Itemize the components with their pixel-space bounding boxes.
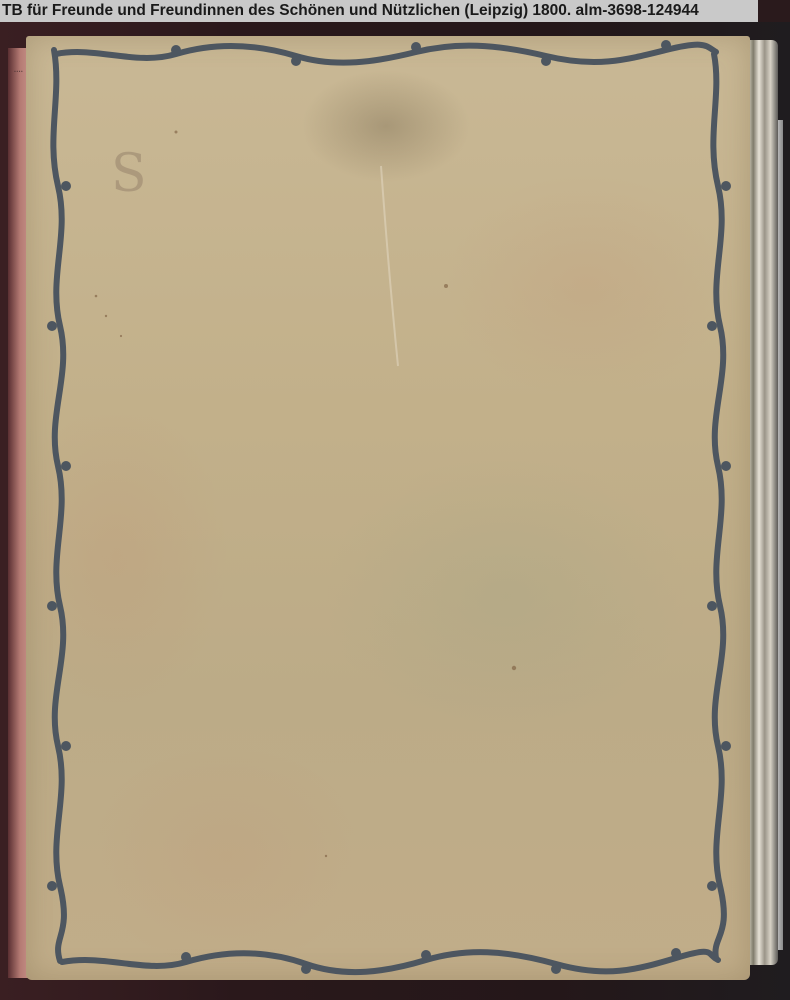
ornamental-vine-border — [26, 36, 750, 980]
spine-scribble: ᠁ — [12, 62, 23, 78]
image-caption: TB für Freunde und Freundinnen des Schön… — [0, 0, 758, 22]
book-cover: S — [26, 36, 750, 980]
